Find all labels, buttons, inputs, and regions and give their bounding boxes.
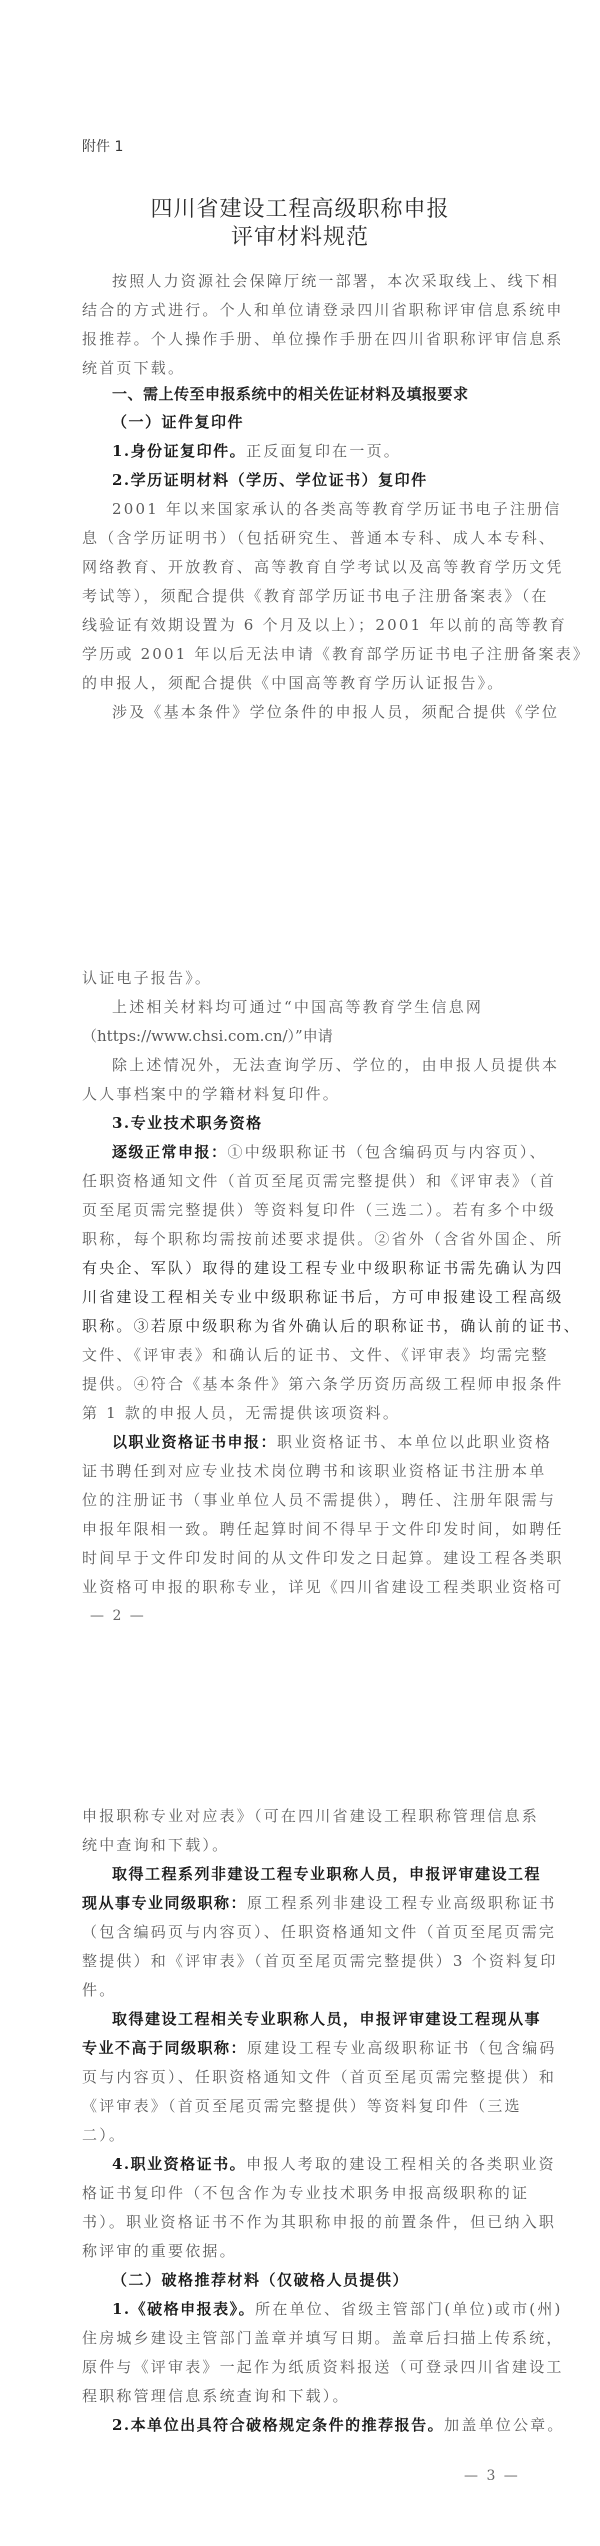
const-line: 专业不高于同级职称：原建设工程专业高级职称证书（包含编码 xyxy=(82,2038,530,2058)
vocational-declaration-label: 以职业资格证书申报： xyxy=(112,1433,277,1451)
nonconst-label: 取得工程系列非建设工程专业职称人员，申报评审建设工程 xyxy=(112,1864,530,1884)
page2-line: 上述相关材料均可通过“中国高等教育学生信息网 xyxy=(112,997,530,1017)
const-line: 《评审表》（首页至尾页需完整提供）等资料复印件（三选 xyxy=(82,2096,530,2116)
item-3-heading: 3.专业技术职务资格 xyxy=(112,1113,530,1133)
item-4-line: 书）。职业资格证书不作为其职称申报的前置条件，但已纳入职 xyxy=(82,2212,530,2232)
page2-line: 人人事档案中的学籍材料复印件。 xyxy=(82,1084,530,1104)
page3-line: 统中查询和下载）。 xyxy=(82,1835,530,1855)
item-2-line: 网络教育、开放教育、高等教育自学考试以及高等教育学历文凭 xyxy=(82,557,530,577)
vocational-declaration-line: 以职业资格证书申报：职业资格证书、本单位以此职业资格 xyxy=(112,1432,530,1452)
subsection-heading-2: （二）破格推荐材料（仅破格人员提供） xyxy=(112,2270,530,2290)
normal-declaration-line: 第 1 款的申报人员，无需提供该项资料。 xyxy=(82,1403,530,1423)
item-2-line: 考试等），须配合提供《教育部学历证书电子注册备案表》（在 xyxy=(82,586,530,606)
item-2-line: 2001 年以来国家承认的各类高等教育学历证书电子注册信 xyxy=(112,499,530,519)
normal-declaration-line: 提供。④符合《基本条件》第六条学历资历高级工程师申报条件 xyxy=(82,1374,530,1394)
normal-declaration-line: 页至尾页需完整提供）等资料复印件（三选二）。若有多个中级 xyxy=(82,1200,530,1220)
normal-declaration-line: 任职资格通知文件（首页至尾页需完整提供）和《评审表》（首 xyxy=(82,1171,530,1191)
page-number: — 3 — xyxy=(464,2468,520,2484)
attachment-label: 附件 1 xyxy=(82,136,123,156)
intro-line: 报推荐。个人操作手册、单位操作手册在四川省职称评审信息系 xyxy=(82,329,530,349)
nonconst-line: 现从事专业同级职称：原工程系列非建设工程专业高级职称证书 xyxy=(82,1893,530,1913)
normal-declaration-line: 逐级正常申报：①中级职称证书（包含编码页与内容页）、 xyxy=(112,1142,530,1162)
intro-line: 结合的方式进行。个人和单位请登录四川省职称评审信息系统申 xyxy=(82,300,530,320)
intro-line: 统首页下载。 xyxy=(82,358,530,378)
subsection-heading-1: （一）证件复印件 xyxy=(112,412,530,432)
item-2-para2-line: 涉及《基本条件》学位条件的申报人员，须配合提供《学位 xyxy=(112,702,530,722)
item-1: 1.身份证复印件。正反面复印在一页。 xyxy=(112,441,530,461)
chsi-url-line: （https://www.chsi.com.cn/）”申请 xyxy=(82,1026,530,1046)
nonconst-line: 件。 xyxy=(82,1980,530,2000)
item-4-line: 4.职业资格证书。申报人考取的建设工程相关的各类职业资 xyxy=(112,2154,530,2174)
vocational-declaration-line: 位的注册证书（事业单位人员不需提供），聘任、注册年限需与 xyxy=(82,1490,530,1510)
item-1-text: 正反面复印在一页。 xyxy=(246,442,401,460)
page-number: — 2 — xyxy=(90,1608,146,1624)
page2-line: 除上述情况外，无法查询学历、学位的，由申报人员提供本 xyxy=(112,1055,530,1075)
section-heading-1: 一、需上传至申报系统中的相关佐证材料及填报要求 xyxy=(112,384,560,404)
const-line: 页与内容页）、任职资格通知文件（首页至尾页需完整提供）和 xyxy=(82,2067,530,2087)
item-2-line: 线验证有效期设置为 6 个月及以上）；2001 年以前的高等教育 xyxy=(82,615,530,635)
normal-declaration-line: 文件、《评审表》和确认后的证书、文件、《评审表》均需完整 xyxy=(82,1345,530,1365)
vocational-declaration-line: 时间早于文件印发时间的从文件印发之日起算。建设工程各类职 xyxy=(82,1548,530,1568)
page3-line: 申报职称专业对应表》（可在四川省建设工程职称管理信息系 xyxy=(82,1806,530,1826)
break-1-label: 1.《破格申报表》。 xyxy=(112,2300,255,2318)
const-label: 取得建设工程相关专业职称人员，申报评审建设工程现从事 xyxy=(112,2009,530,2029)
nonconst-line: 整提供）和《评审表》（首页至尾页需完整提供）3 个资料复印 xyxy=(82,1951,530,1971)
item-4-line: 称评审的重要依据。 xyxy=(82,2241,530,2261)
normal-declaration-line: 有央企、军队）取得的建设工程专业中级职称证书需先确认为四 xyxy=(82,1258,530,1278)
vocational-declaration-line: 申报年限相一致。聘任起算时间不得早于文件印发时间，如聘任 xyxy=(82,1519,530,1539)
document-title-line2: 评审材料规范 xyxy=(0,220,600,251)
item-1-label: 1.身份证复印件。 xyxy=(112,442,246,460)
break-1-line: 住房城乡建设主管部门盖章并填写日期。盖章后扫描上传系统， xyxy=(82,2328,530,2348)
break-1-line: 1.《破格申报表》。所在单位、省级主管部门(单位)或市(州) xyxy=(112,2299,530,2319)
normal-declaration-label: 逐级正常申报： xyxy=(112,1143,228,1161)
document-title-line1: 四川省建设工程高级职称申报 xyxy=(0,192,600,223)
page2-line: 认证电子报告》。 xyxy=(82,968,530,988)
intro-line: 按照人力资源社会保障厅统一部署，本次采取线上、线下相 xyxy=(112,271,530,291)
vocational-declaration-line: 业资格可申报的职称专业，详见《四川省建设工程类职业资格可 xyxy=(82,1577,530,1597)
item-2-line: 学历或 2001 年以后无法申请《教育部学历证书电子注册备案表》 xyxy=(82,644,530,664)
nonconst-line: （包含编码页与内容页）、任职资格通知文件（首页至尾页需完 xyxy=(82,1922,530,1942)
item-2-heading: 2.学历证明材料（学历、学位证书）复印件 xyxy=(112,470,530,490)
normal-declaration-line: 职称。③若原中级职称为省外确认后的职称证书，确认前的证书、 xyxy=(82,1316,530,1336)
const-line: 二）。 xyxy=(82,2125,530,2145)
normal-declaration-line: 职称，每个职称均需按前述要求提供。②省外（含省外国企、所 xyxy=(82,1229,530,1249)
item-4-label: 4.职业资格证书。 xyxy=(112,2155,246,2173)
break-2-label: 2.本单位出具符合破格规定条件的推荐报告。 xyxy=(112,2416,444,2434)
item-2-line: 息（含学历证明书）（包括研究生、普通本专科、成人本专科、 xyxy=(82,528,530,548)
item-4-line: 格证书复印件（不包含作为专业技术职务申报高级职称的证 xyxy=(82,2183,530,2203)
item-2-line: 的申报人，须配合提供《中国高等教育学历认证报告》。 xyxy=(82,673,530,693)
vocational-declaration-line: 证书聘任到对应专业技术岗位聘书和该职业资格证书注册本单 xyxy=(82,1461,530,1481)
break-1-line: 程职称管理信息系统查询和下载）。 xyxy=(82,2386,530,2406)
break-2-line: 2.本单位出具符合破格规定条件的推荐报告。加盖单位公章。 xyxy=(112,2415,530,2435)
normal-declaration-line: 川省建设工程相关专业中级职称证书后，方可申报建设工程高级 xyxy=(82,1287,530,1307)
break-1-line: 原件与《评审表》一起作为纸质资料报送（可登录四川省建设工 xyxy=(82,2357,530,2377)
